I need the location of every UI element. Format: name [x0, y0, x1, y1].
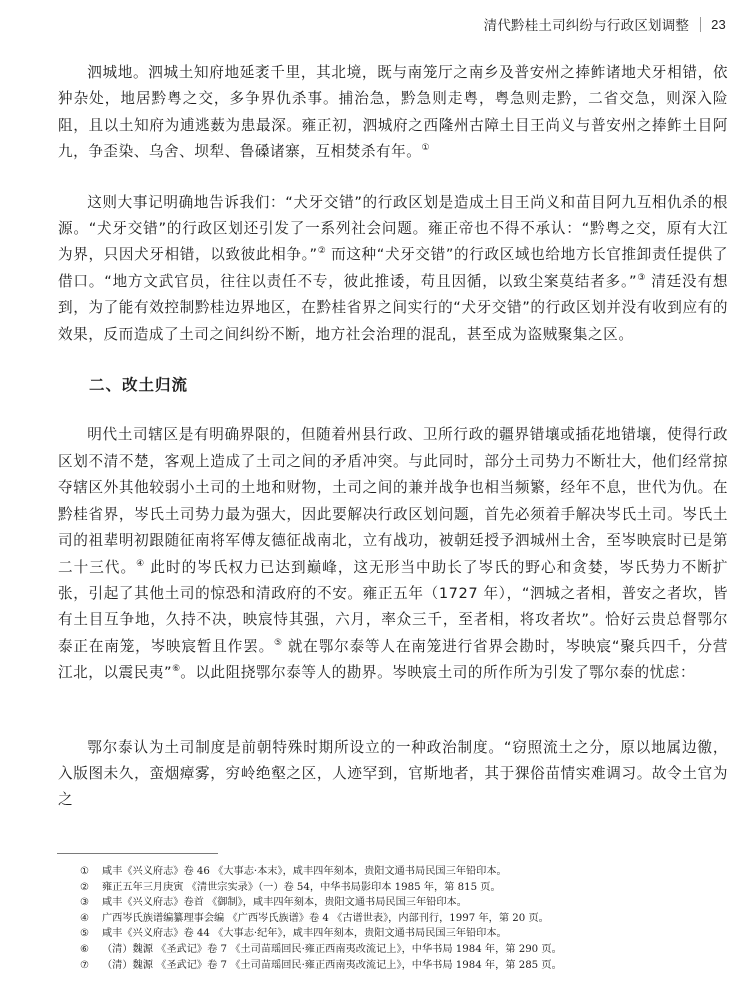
running-title: 清代黔桂土司纠纷与行政区划调整	[484, 14, 690, 34]
paragraph-1: 泗城地。泗城土知府地延袤千里，其北境，既与南笼厅之南乡及普安州之捧鲊诸地犬牙相错…	[58, 60, 728, 166]
footnote-ref-6[interactable]: ⑥	[172, 664, 180, 674]
footnote-6: ⑥ （清）魏源 《圣武记》卷 7 《土司苗瑶回民·雍正西南夷改流记上》，中华书局…	[80, 942, 730, 958]
footnote-mark: ⑤	[80, 926, 102, 942]
footnote-ref-4[interactable]: ④	[136, 559, 145, 569]
paragraph-gap	[58, 166, 728, 190]
footnote-mark: ②	[80, 880, 102, 896]
footnote-mark: ⑥	[80, 942, 102, 958]
footnote-text: 广西岑氏族谱编纂理事会编 《广西岑氏族谱》卷 4 《古谱世表》，内部刊行，199…	[102, 911, 549, 927]
footnote-3: ③ 咸丰《兴义府志》卷首 《御制》，咸丰四年刻本，贵阳文通书局民国三年铅印本。	[80, 895, 730, 911]
footnote-ref-2[interactable]: ②	[318, 246, 326, 256]
footnote-text: 咸丰《兴义府志》卷 46 《大事志·本末》，咸丰四年刻本，贵阳文通书局民国三年铅…	[102, 864, 507, 880]
paragraph-3-text-d: 。以此阻挠鄂尔泰等人的勘界。岑映宸土司的所作所为引发了鄂尔泰的忧虑：	[180, 664, 695, 681]
footnote-text: （清）魏源 《圣武记》卷 7 《土司苗瑶回民·雍正西南夷改流记上》，中华书局 1…	[102, 958, 562, 974]
footnote-mark: ④	[80, 911, 102, 927]
paragraph-2: 这则大事记明确地告诉我们：“犬牙交错”的行政区划是造成土目王尚义和苗目阿九互相仇…	[58, 190, 728, 348]
footnote-text: 雍正五年三月庚寅 《清世宗实录》（一）卷 54，中华书局影印本 1985 年，第…	[102, 880, 501, 896]
running-header: 清代黔桂土司纠纷与行政区划调整 23	[484, 14, 726, 34]
footnote-divider	[57, 853, 218, 854]
footnote-1: ① 咸丰《兴义府志》卷 46 《大事志·本末》，咸丰四年刻本，贵阳文通书局民国三…	[80, 864, 730, 880]
footnote-4: ④ 广西岑氏族谱编纂理事会编 《广西岑氏族谱》卷 4 《古谱世表》，内部刊行，1…	[80, 911, 730, 927]
paragraph-3-text-a: 明代土司辖区是有明确界限的，但随着州县行政、卫所行政的疆界错壤或插花地错壤，使得…	[58, 426, 728, 575]
header-separator	[700, 17, 701, 32]
footnote-mark: ①	[80, 864, 102, 880]
footnote-text: 咸丰《兴义府志》卷首 《御制》，咸丰四年刻本，贵阳文通书局民国三年铅印本。	[102, 895, 467, 911]
footnote-mark: ⑦	[80, 958, 102, 974]
body-text: 泗城地。泗城土知府地延袤千里，其北境，既与南笼厅之南乡及普安州之捧鲊诸地犬牙相错…	[58, 60, 728, 814]
footnote-ref-3[interactable]: ③	[637, 273, 646, 283]
footnote-2: ② 雍正五年三月庚寅 《清世宗实录》（一）卷 54，中华书局影印本 1985 年…	[80, 880, 730, 896]
paragraph-gap	[58, 398, 728, 422]
paragraph-4-text: 鄂尔泰认为土司制度是前朝特殊时期所设立的一种政治制度。“窃照流土之分，原以地属边…	[58, 739, 728, 809]
section-heading: 二、改土归流	[58, 372, 728, 398]
footnote-text: 咸丰《兴义府志》卷 44 《大事志·纪年》，咸丰四年刻本，贵阳文通书局民国三年铅…	[102, 926, 507, 942]
footnote-mark: ③	[80, 895, 102, 911]
paragraph-4: 鄂尔泰认为土司制度是前朝特殊时期所设立的一种政治制度。“窃照流土之分，原以地属边…	[58, 735, 728, 814]
footnote-text: （清）魏源 《圣武记》卷 7 《土司苗瑶回民·雍正西南夷改流记上》，中华书局 1…	[102, 942, 562, 958]
paragraph-1-text: 泗城地。泗城土知府地延袤千里，其北境，既与南笼厅之南乡及普安州之捧鲊诸地犬牙相错…	[58, 64, 728, 160]
paragraph-gap	[58, 348, 728, 372]
footnotes: ① 咸丰《兴义府志》卷 46 《大事志·本末》，咸丰四年刻本，贵阳文通书局民国三…	[80, 864, 730, 973]
paragraph-3: 明代土司辖区是有明确界限的，但随着州县行政、卫所行政的疆界错壤或插花地错壤，使得…	[58, 422, 728, 686]
paragraph-gap	[58, 687, 728, 711]
footnote-ref-1[interactable]: ①	[421, 143, 429, 153]
page-number: 23	[711, 17, 726, 32]
footnote-5: ⑤ 咸丰《兴义府志》卷 44 《大事志·纪年》，咸丰四年刻本，贵阳文通书局民国三…	[80, 926, 730, 942]
footnote-7: ⑦ （清）魏源 《圣武记》卷 7 《土司苗瑶回民·雍正西南夷改流记上》，中华书局…	[80, 958, 730, 974]
paragraph-gap	[58, 711, 728, 735]
